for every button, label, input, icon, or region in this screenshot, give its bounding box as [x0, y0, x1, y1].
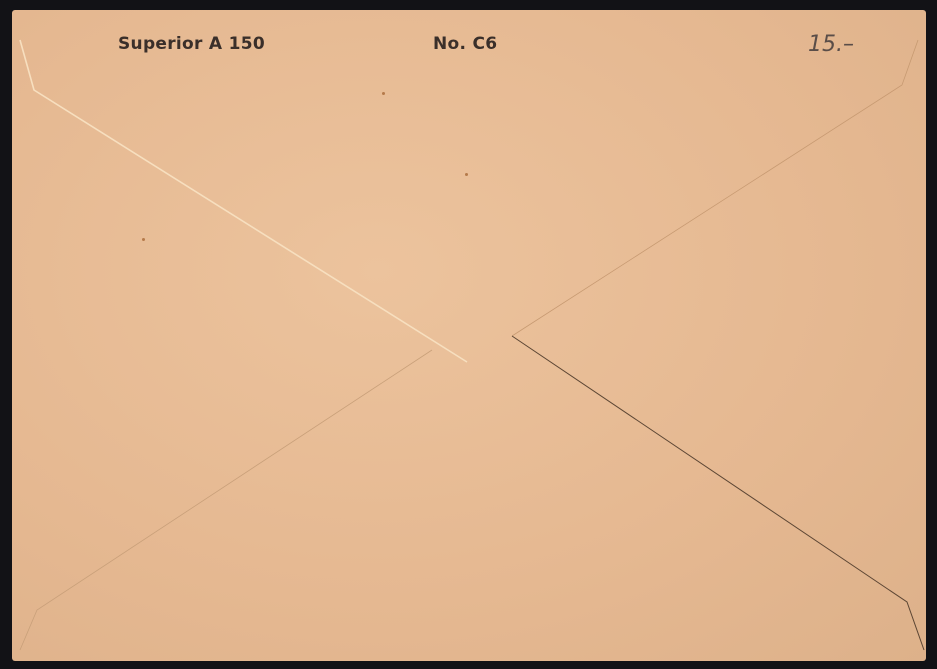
- envelope-back: Superior A 150 No. C6 15.–: [12, 10, 926, 661]
- paper-speck: [142, 238, 145, 241]
- size-label: No. C6: [433, 34, 497, 54]
- paper-speck: [465, 173, 468, 176]
- handwritten-price: 15.–: [808, 32, 854, 57]
- brand-label: Superior A 150: [118, 34, 265, 54]
- envelope-flap-folds: [12, 10, 926, 661]
- paper-speck: [382, 92, 385, 95]
